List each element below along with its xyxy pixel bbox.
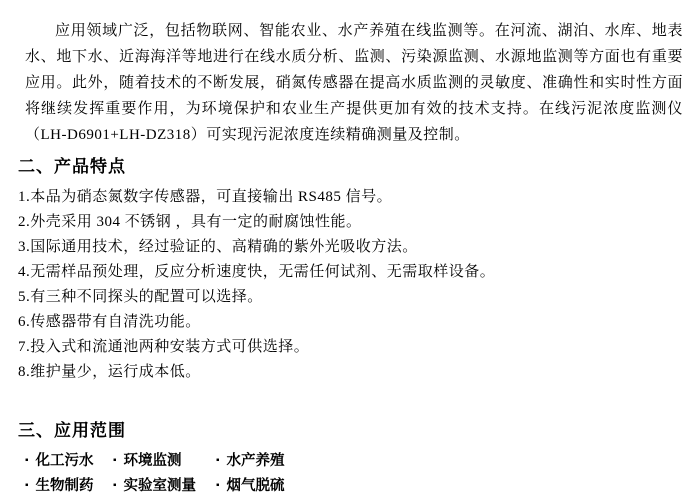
application-item: ▪ 烟气脱硫 bbox=[216, 474, 285, 494]
feature-item-8: 8.维护量少，运行成本低。 bbox=[18, 360, 683, 385]
application-item-label: 水产养殖 bbox=[227, 449, 285, 474]
application-item-label: 环境监测 bbox=[124, 449, 182, 474]
application-grid: ▪ 化工污水 ▪ 环境监测 ▪ 水产养殖 ▪ 生物制药 ▪ 实验室测量 ▪ bbox=[25, 449, 683, 494]
feature-item-4: 4.无需样品预处理，反应分析速度快，无需任何试剂、无需取样设备。 bbox=[18, 260, 683, 285]
application-item-label: 烟气脱硫 bbox=[227, 474, 285, 494]
application-item: ▪ 生物制药 bbox=[25, 474, 113, 494]
feature-item-3: 3.国际通用技术，经过验证的、高精确的紫外光吸收方法。 bbox=[18, 235, 683, 260]
application-item-label: 化工污水 bbox=[36, 449, 94, 474]
square-bullet-icon: ▪ bbox=[113, 473, 117, 494]
application-item: ▪ 化工污水 bbox=[25, 449, 113, 474]
square-bullet-icon: ▪ bbox=[25, 448, 29, 473]
application-item-label: 生物制药 bbox=[36, 474, 94, 494]
application-item-label: 实验室测量 bbox=[124, 474, 197, 494]
application-row: ▪ 化工污水 ▪ 环境监测 ▪ 水产养殖 bbox=[25, 449, 683, 474]
application-item: ▪ 环境监测 bbox=[113, 449, 216, 474]
feature-list: 1.本品为硝态氮数字传感器，可直接输出 RS485 信号。 2.外壳采用 304… bbox=[18, 185, 683, 385]
feature-item-6: 6.传感器带有自清洗功能。 bbox=[18, 310, 683, 335]
section-heading-product-features: 二、产品特点 bbox=[18, 155, 683, 179]
feature-item-2: 2.外壳采用 304 不锈钢 ，具有一定的耐腐蚀性能。 bbox=[18, 210, 683, 235]
intro-paragraph: 应用领域广泛，包括物联网、智能农业、水产养殖在线监测等。在河流、湖泊、水库、地表… bbox=[25, 18, 683, 148]
square-bullet-icon: ▪ bbox=[113, 448, 117, 473]
feature-item-5: 5.有三种不同探头的配置可以选择。 bbox=[18, 285, 683, 310]
section-heading-application-scope: 三、应用范围 bbox=[18, 419, 683, 443]
application-item: ▪ 实验室测量 bbox=[113, 474, 216, 494]
application-row: ▪ 生物制药 ▪ 实验室测量 ▪ 烟气脱硫 bbox=[25, 474, 683, 494]
feature-item-1: 1.本品为硝态氮数字传感器，可直接输出 RS485 信号。 bbox=[18, 185, 683, 210]
square-bullet-icon: ▪ bbox=[216, 473, 220, 494]
square-bullet-icon: ▪ bbox=[216, 448, 220, 473]
application-item: ▪ 水产养殖 bbox=[216, 449, 285, 474]
document-page: 应用领域广泛，包括物联网、智能农业、水产养殖在线监测等。在河流、湖泊、水库、地表… bbox=[0, 0, 699, 494]
feature-item-7: 7.投入式和流通池两种安装方式可供选择。 bbox=[18, 335, 683, 360]
square-bullet-icon: ▪ bbox=[25, 473, 29, 494]
